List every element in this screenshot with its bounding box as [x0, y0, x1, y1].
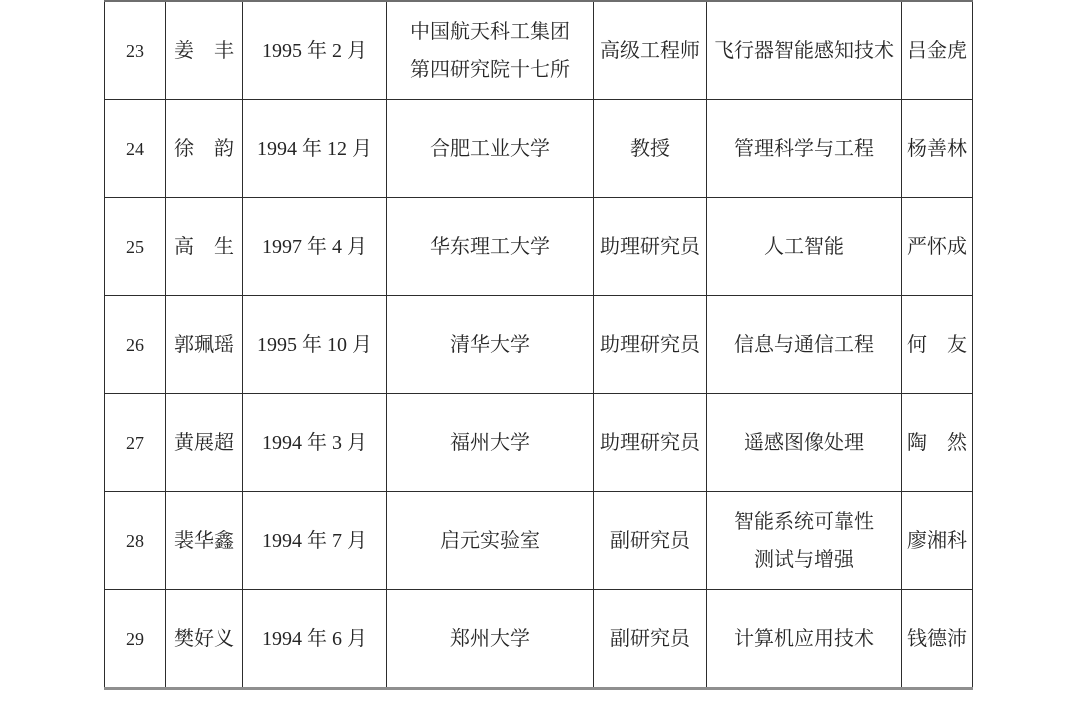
table-cell-advisor: 严怀成 [902, 198, 973, 296]
table-cell-name: 黄展超 [166, 394, 243, 492]
table-row: 29樊好义1994 年 6 月郑州大学副研究员计算机应用技术钱德沛 [105, 590, 973, 689]
table-row: 25高 生1997 年 4 月华东理工大学助理研究员人工智能严怀成 [105, 198, 973, 296]
table-cell-no: 24 [105, 100, 166, 198]
table-cell-birth-date: 1995 年 10 月 [243, 296, 387, 394]
table-cell-work-unit: 华东理工大学 [387, 198, 594, 296]
table-cell-advisor: 杨善林 [902, 100, 973, 198]
table-cell-advisor: 钱德沛 [902, 590, 973, 689]
table-cell-no: 25 [105, 198, 166, 296]
table-cell-birth-date: 1994 年 3 月 [243, 394, 387, 492]
table-cell-work-unit: 福州大学 [387, 394, 594, 492]
table-cell-birth-date: 1994 年 7 月 [243, 492, 387, 590]
table-cell-no: 27 [105, 394, 166, 492]
table-cell-advisor: 何 友 [902, 296, 973, 394]
table-cell-job-title: 助理研究员 [594, 198, 707, 296]
table-cell-no: 26 [105, 296, 166, 394]
table-cell-birth-date: 1994 年 6 月 [243, 590, 387, 689]
table-cell-name: 樊好义 [166, 590, 243, 689]
table-cell-no: 23 [105, 1, 166, 100]
table-cell-work-unit: 合肥工业大学 [387, 100, 594, 198]
table-row: 27黄展超1994 年 3 月福州大学助理研究员遥感图像处理陶 然 [105, 394, 973, 492]
table-cell-work-unit: 清华大学 [387, 296, 594, 394]
table-cell-research-field: 人工智能 [707, 198, 902, 296]
table-cell-work-unit: 郑州大学 [387, 590, 594, 689]
table-cell-advisor: 陶 然 [902, 394, 973, 492]
table-row: 24徐 韵1994 年 12 月合肥工业大学教授管理科学与工程杨善林 [105, 100, 973, 198]
table-row: 23姜 丰1995 年 2 月中国航天科工集团 第四研究院十七所高级工程师飞行器… [105, 1, 973, 100]
table-row: 28裴华鑫1994 年 7 月启元实验室副研究员智能系统可靠性 测试与增强廖湘科 [105, 492, 973, 590]
table-cell-job-title: 助理研究员 [594, 296, 707, 394]
table-body: 23姜 丰1995 年 2 月中国航天科工集团 第四研究院十七所高级工程师飞行器… [105, 1, 973, 689]
table-cell-name: 裴华鑫 [166, 492, 243, 590]
table-cell-name: 郭珮瑶 [166, 296, 243, 394]
table-cell-job-title: 助理研究员 [594, 394, 707, 492]
table-cell-research-field: 管理科学与工程 [707, 100, 902, 198]
table-cell-work-unit: 中国航天科工集团 第四研究院十七所 [387, 1, 594, 100]
table-cell-advisor: 廖湘科 [902, 492, 973, 590]
table-cell-no: 29 [105, 590, 166, 689]
table-cell-work-unit: 启元实验室 [387, 492, 594, 590]
table-cell-no: 28 [105, 492, 166, 590]
table-cell-research-field: 计算机应用技术 [707, 590, 902, 689]
table-cell-name: 姜 丰 [166, 1, 243, 100]
personnel-table: 23姜 丰1995 年 2 月中国航天科工集团 第四研究院十七所高级工程师飞行器… [104, 0, 973, 690]
table-cell-research-field: 遥感图像处理 [707, 394, 902, 492]
table-cell-job-title: 教授 [594, 100, 707, 198]
table-cell-name: 高 生 [166, 198, 243, 296]
table-cell-research-field: 智能系统可靠性 测试与增强 [707, 492, 902, 590]
table-cell-research-field: 信息与通信工程 [707, 296, 902, 394]
table-cell-research-field: 飞行器智能感知技术 [707, 1, 902, 100]
table-cell-birth-date: 1994 年 12 月 [243, 100, 387, 198]
table-cell-birth-date: 1995 年 2 月 [243, 1, 387, 100]
table-cell-advisor: 吕金虎 [902, 1, 973, 100]
table-cell-name: 徐 韵 [166, 100, 243, 198]
document-page: 23姜 丰1995 年 2 月中国航天科工集团 第四研究院十七所高级工程师飞行器… [0, 0, 1080, 707]
table-row: 26郭珮瑶1995 年 10 月清华大学助理研究员信息与通信工程何 友 [105, 296, 973, 394]
table-cell-birth-date: 1997 年 4 月 [243, 198, 387, 296]
table-cell-job-title: 副研究员 [594, 492, 707, 590]
table-cell-job-title: 高级工程师 [594, 1, 707, 100]
table-cell-job-title: 副研究员 [594, 590, 707, 689]
